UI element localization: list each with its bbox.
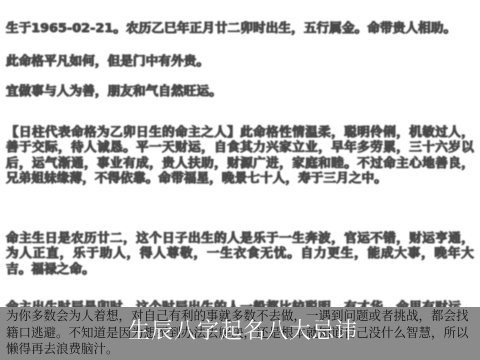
paragraph-fate: 此命格平凡如何，但是门中有外贵。 <box>6 53 474 69</box>
paragraph-birth-info: 生于1965-02-21。农历乙巳年正月廿二卯时出生，五行属金。命带贵人相助。 <box>6 20 474 36</box>
paragraph-advice: 宜做事与人为善，朋友和气自然旺运。 <box>6 83 474 99</box>
image-caption-title: 生辰八字起名八大忌讳 <box>128 319 358 345</box>
paragraph-birthday: 命主生日是农历廿二，这个日子出生的人是乐于一生奔波，官运不错，财运亨通，为人正直… <box>6 230 474 277</box>
paragraph-day-pillar: 【日柱代表命格为乙卯日生的命主之人】此命格性情温柔，聪明伶俐，机敏过人，善于交际… <box>6 124 474 186</box>
